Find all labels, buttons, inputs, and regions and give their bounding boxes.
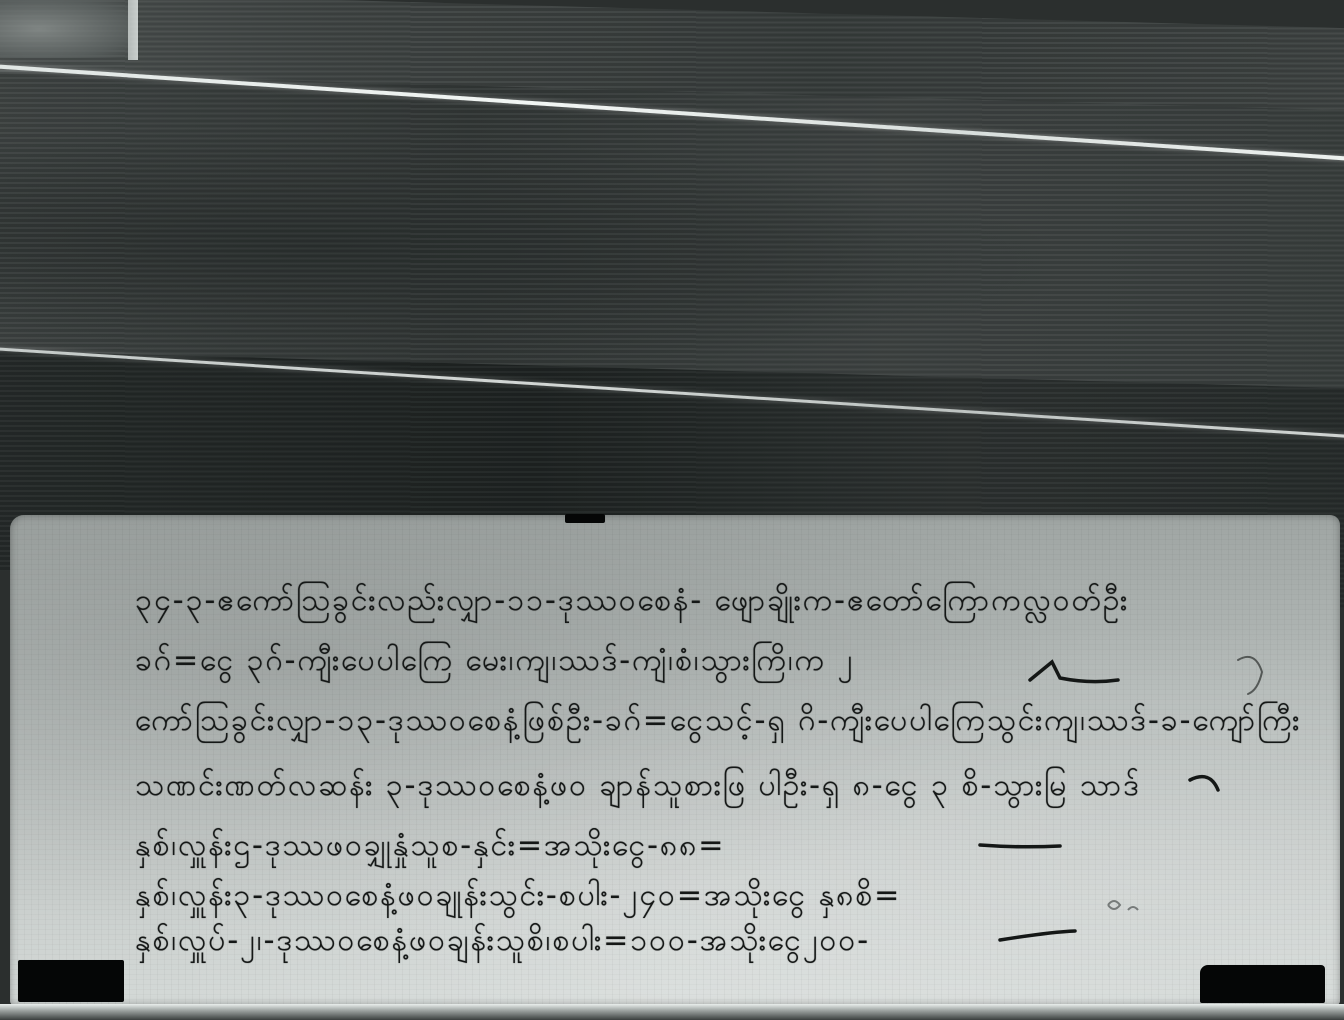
panel-top-notch [565, 514, 605, 523]
inscription-line-4: သဏင်းဏတ်လဆန်း ၃-ဒုဿဝစေနံ့ဖဝ ချာန်သူစားဖြ… [135, 765, 1141, 810]
inscription-line-1: ၃၄-၃-ဧကော်ဩခွင်းလည်းလျှာ-၁၁-ဒုဿဝစေနံ- ဖျ… [135, 580, 1129, 625]
photograph: ၃၄-၃-ဧကော်ဩခွင်းလည်းလျှာ-၁၁-ဒုဿဝစေနံ- ဖျ… [0, 0, 1344, 1020]
inscription-line-7: နှစ်၊လှူပ်-၂၊-ဒုဿဝစေနံ့ဖဝချန်းသူစိ၊စပါး=… [135, 920, 870, 965]
inscription-line-3: ကော်ဩခွင်းလျှာ-၁၃-ဒုဿဝစေနံ့ဖြစ်ဦး-ခဂ်=ငွ… [135, 700, 1301, 745]
inscription-line-5: နှစ်၊လှူန်းဌ-ဒုဿဖဝချှုနှုံသူစ-နှင်း=အသို… [135, 825, 725, 870]
inscription-line-2: ခဂ်=ငွေ ၃ဂ်-ကျီးပေပါကြေ မေး၊ကျ၊ဿဒ်-ကျံ၊စ… [135, 640, 854, 685]
panel-bottom-left-notch [18, 960, 124, 1002]
vertical-seam [128, 0, 138, 60]
light-patch [0, 0, 130, 58]
panel-bottom-edge [0, 1004, 1344, 1020]
panel-bottom-right-notch [1200, 965, 1325, 1003]
inscription-line-6: နှစ်၊လှူန်း၃-ဒုဿဝစေနံ့ဖဝချုန်းသွင်း-စပါး… [135, 875, 901, 920]
